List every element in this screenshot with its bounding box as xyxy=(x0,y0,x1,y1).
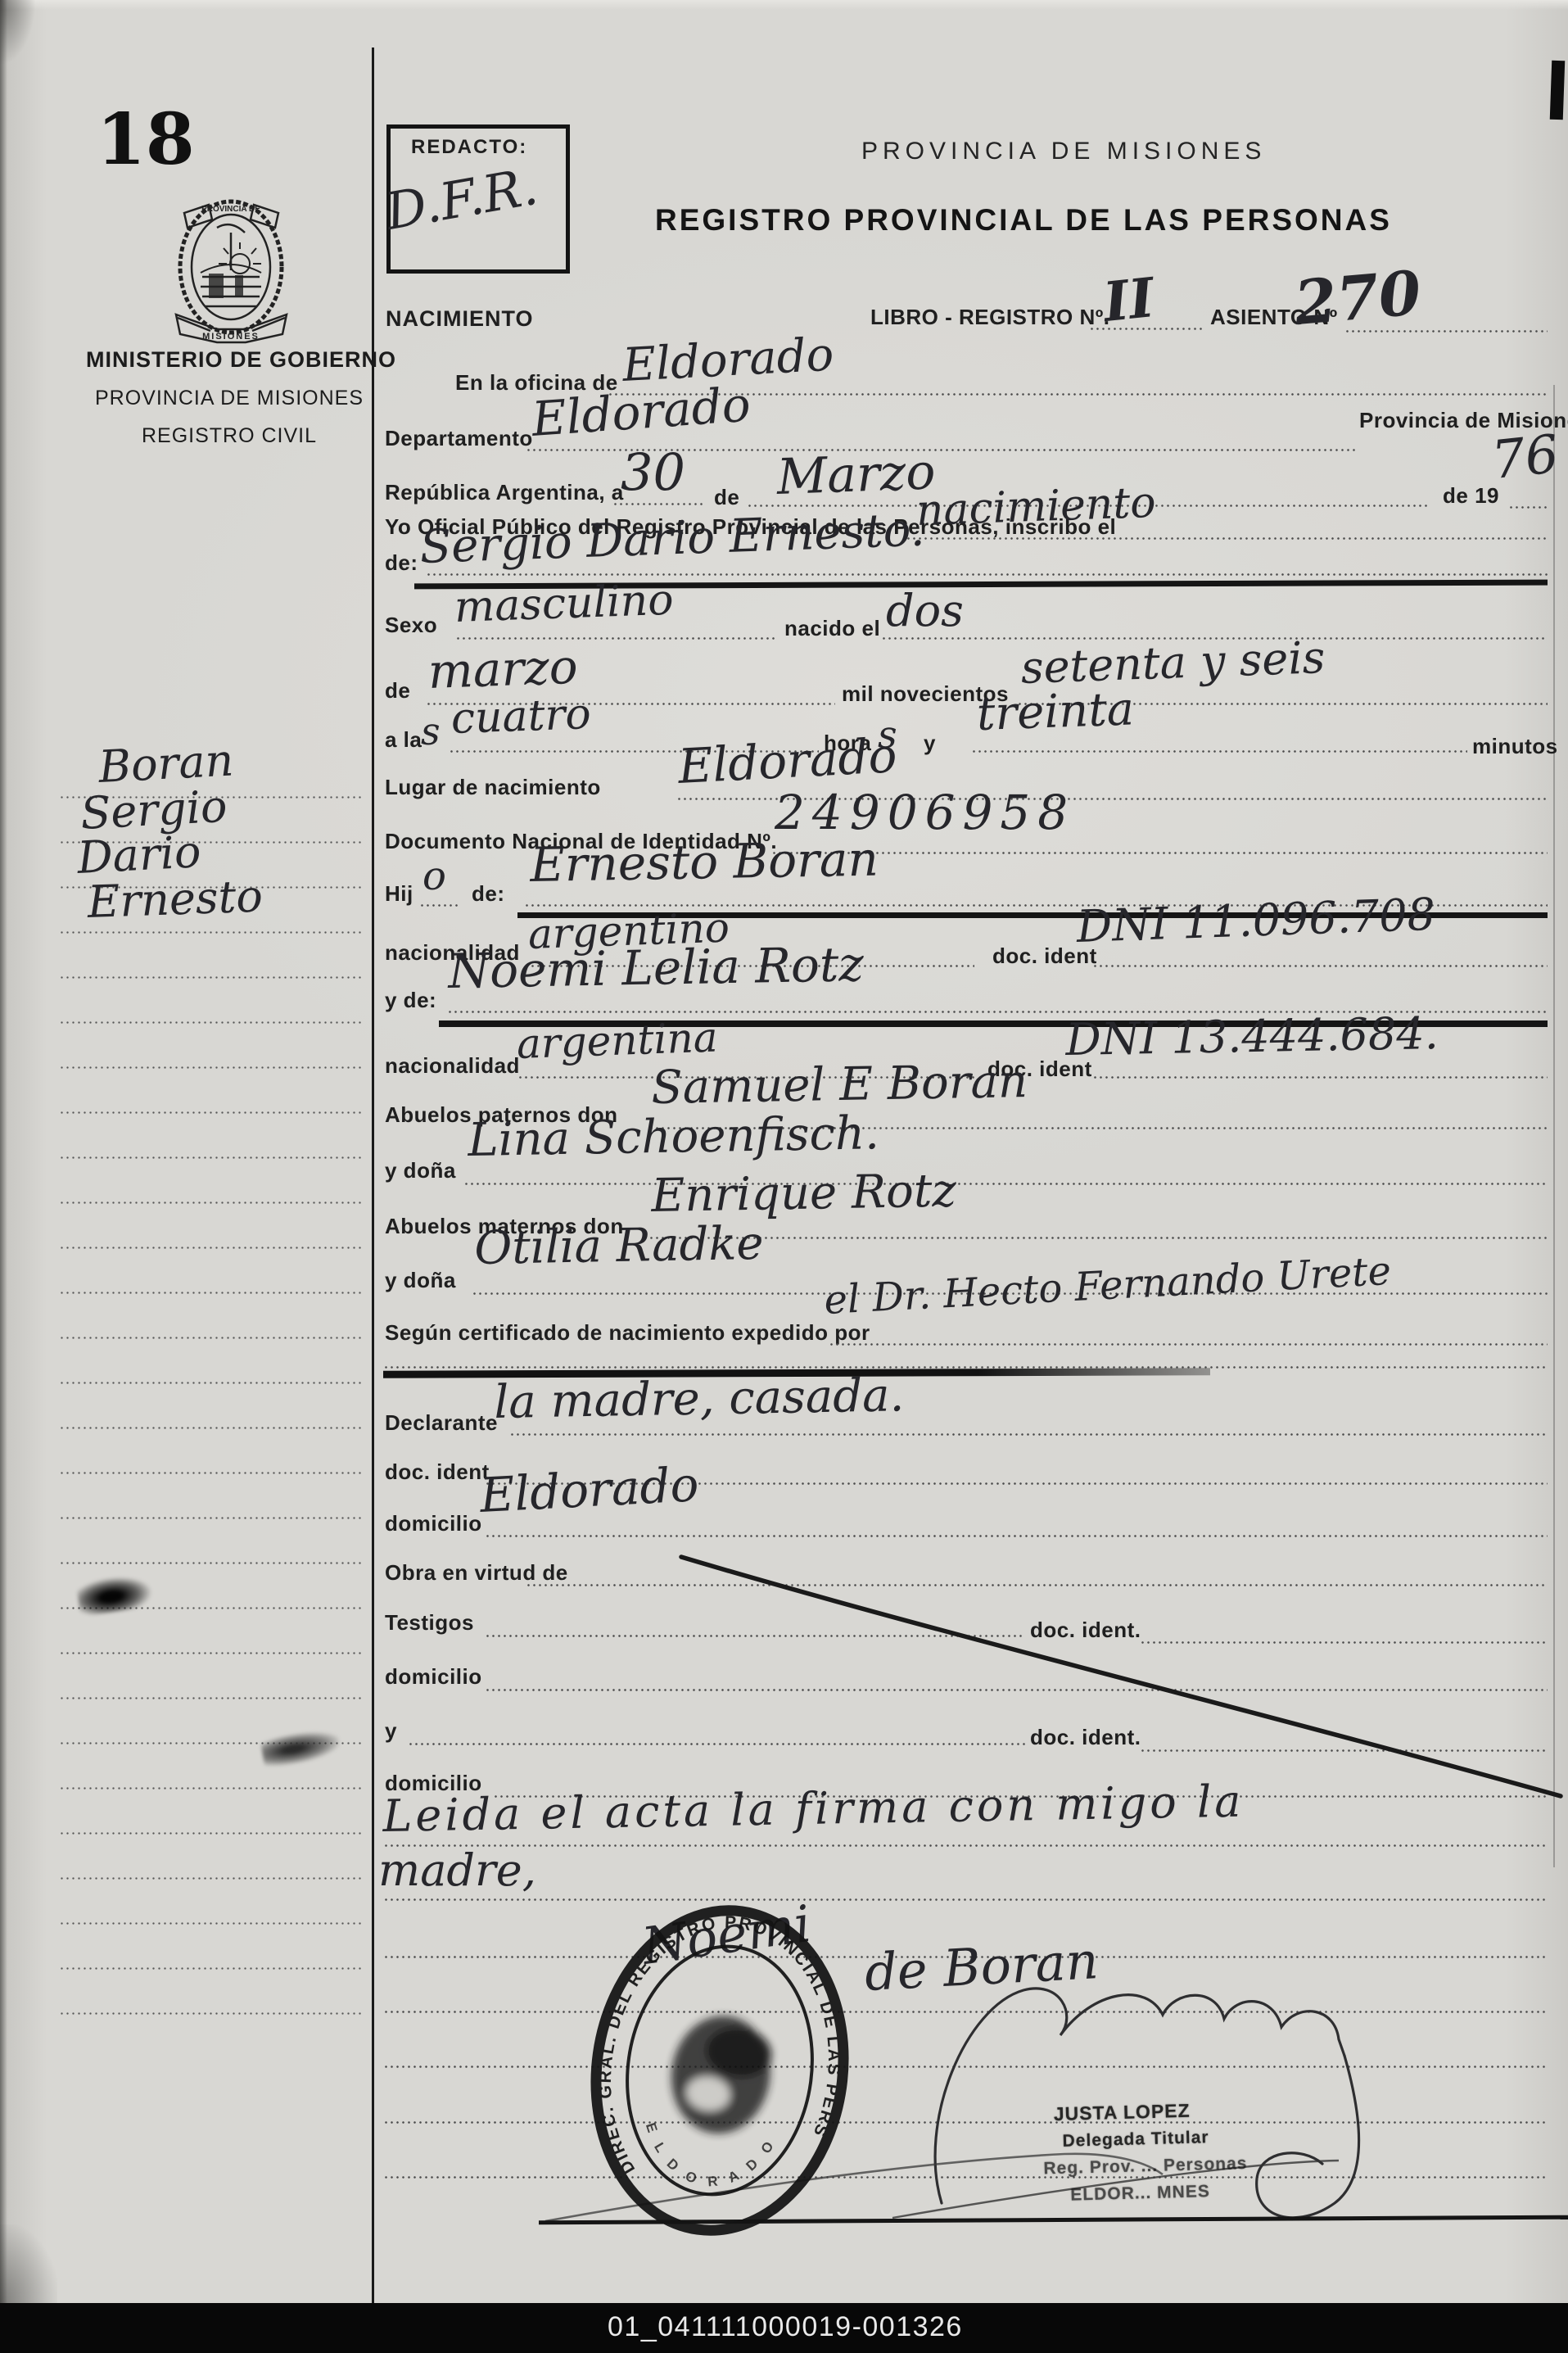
doc2-dotted xyxy=(1092,1076,1548,1079)
closing-line-1: Leida el acta la firma con migo la xyxy=(382,1776,1245,1842)
doc1-value: DNI 11.096.708 xyxy=(1076,889,1436,953)
day-value: 30 xyxy=(621,442,685,502)
seal-bottom-text: MISIONES xyxy=(202,332,260,342)
lugar-label: Lugar de nacimiento xyxy=(385,775,601,800)
sexo-value: masculino xyxy=(454,576,675,632)
name-dotted xyxy=(426,573,1548,576)
asiento-value: 270 xyxy=(1292,258,1424,339)
republica-label: República Argentina, a xyxy=(385,480,624,505)
de19-label: de 19 xyxy=(1443,483,1499,509)
acto-dotted xyxy=(906,537,1548,540)
dom1-label: domicilio xyxy=(385,1511,482,1536)
sexo-label: Sexo xyxy=(385,613,437,638)
dni-dotted xyxy=(771,852,1548,854)
doc2-value: DNI 13.444.684. xyxy=(1065,1007,1439,1066)
obra-label: Obra en virtud de xyxy=(385,1560,568,1586)
day-dotted xyxy=(612,503,703,505)
ministry-line-2: PROVINCIA DE MISIONES xyxy=(86,387,373,410)
year-value: 76 xyxy=(1489,424,1561,491)
page-number: 18 xyxy=(97,98,195,181)
ydona2-label: y doña xyxy=(385,1268,456,1293)
registry-oval-stamp: DIREC. GRAL. DEL REGISTRO PROVINCIAL DE … xyxy=(545,1871,895,2269)
cert-dotted xyxy=(829,1343,1548,1346)
record-type-label: NACIMIENTO xyxy=(386,306,534,332)
y2-label: y xyxy=(385,1718,397,1744)
acto-value: nacimiento xyxy=(915,478,1157,536)
abm-dotted xyxy=(648,1237,1548,1239)
cert-value: el Dr. Hecto Fernando Urete xyxy=(823,1248,1392,1324)
mes-de-label: de xyxy=(385,678,410,704)
hijo-label: Hij xyxy=(385,881,413,907)
ydona1-label: y doña xyxy=(385,1158,456,1183)
redacto-label: REDACTO: xyxy=(411,136,527,159)
scan-corner-bottomleft xyxy=(0,2224,57,2303)
hijo-o-handwritten: o xyxy=(423,853,446,899)
de-name-label: de: xyxy=(385,550,418,576)
header-registry-title: REGISTRO PROVINCIAL DE LAS PERSONAS xyxy=(655,203,1392,238)
nac2-label: nacionalidad xyxy=(385,1053,520,1079)
departamento-label: Departamento xyxy=(385,426,533,451)
decl-dotted xyxy=(509,1433,1548,1436)
ministry-line-3: REGISTRO CIVIL xyxy=(86,424,373,448)
father-value: Ernesto Boran xyxy=(530,831,879,893)
cert-label: Según certificado de nacimiento expedido… xyxy=(385,1320,870,1346)
hijo-o-dotted xyxy=(419,904,459,907)
scan-corner-topleft xyxy=(0,0,36,66)
testigos-label: Testigos xyxy=(385,1610,474,1636)
month-value: Marzo xyxy=(776,443,937,506)
yde-label: y de: xyxy=(385,988,436,1013)
seal-top-text: PROVINCIA DE xyxy=(201,205,260,214)
scan-mark-topright xyxy=(1550,61,1566,120)
mother-value: Noemi Lelia Rotz xyxy=(448,936,865,999)
scanned-birth-certificate: 18 PROVINCIA DE MISIONES MINISTERIO DE G… xyxy=(0,0,1568,2353)
column-divider-rule xyxy=(372,48,374,2303)
abp-value: Samuel E Boran xyxy=(651,1055,1028,1115)
scan-bottom-bar: 01_041111000019-001326 xyxy=(0,2303,1568,2353)
libro-label: LIBRO - REGISTRO Nº. xyxy=(870,305,1110,330)
alas-label: a la xyxy=(385,727,422,753)
nac2-value: argentina xyxy=(516,1013,718,1068)
province-seal: PROVINCIA DE MISIONES xyxy=(160,195,303,346)
official-stamp-place: ELDOR... MNES xyxy=(1070,2177,1249,2209)
doc1-dotted xyxy=(1092,965,1548,967)
margin-dotted-lines xyxy=(59,775,364,2020)
closing-dotted-1 xyxy=(383,1844,1548,1847)
ministry-line-1: MINISTERIO DE GOBIERNO xyxy=(86,347,373,373)
decl-label: Declarante xyxy=(385,1410,498,1436)
minutos-label: minutos xyxy=(1472,734,1558,759)
ydona2-value: Otilia Radke xyxy=(474,1217,764,1275)
official-name-stamp: JUSTA LOPEZ Delegada Titular Reg. Prov. … xyxy=(1053,2096,1248,2209)
closing-line-2: madre, xyxy=(378,1844,536,1896)
de-label: de xyxy=(714,485,739,510)
closing-dotted-2 xyxy=(383,1898,1548,1901)
hours-value: cuatro xyxy=(450,690,592,744)
ydona1-dotted xyxy=(463,1183,1548,1185)
diagonal-strike-line xyxy=(671,1552,1568,1802)
dom2-label: domicilio xyxy=(385,1664,482,1690)
margin-name-third: Ernesto xyxy=(87,871,264,928)
alas-s-handwritten: s xyxy=(421,709,441,753)
ydona1-value: Lina Schoenfisch. xyxy=(468,1106,879,1167)
scan-reference-code: 01_041111000019-001326 xyxy=(608,2311,963,2343)
y-label: y xyxy=(924,731,936,756)
separator-dotted xyxy=(383,1366,1546,1369)
decl-value: la madre, casada. xyxy=(494,1369,905,1429)
scan-top-edge xyxy=(0,0,1568,10)
year-dotted xyxy=(1508,506,1549,509)
minutes-value: treinta xyxy=(976,682,1135,741)
libro-value: II xyxy=(1100,265,1158,334)
scan-left-edge xyxy=(0,0,7,2353)
nacido-value: dos xyxy=(886,585,964,636)
dom1-value: Eldorado xyxy=(478,1456,699,1523)
abm-value: Enrique Rotz xyxy=(651,1165,956,1223)
nacido-label: nacido el xyxy=(784,616,880,641)
header-province: PROVINCIA DE MISIONES xyxy=(861,138,1266,165)
docident-label: doc. ident xyxy=(385,1459,490,1485)
hijo-de-label: de: xyxy=(472,881,505,907)
dom1-dotted xyxy=(485,1535,1548,1537)
sexo-dotted xyxy=(455,637,775,640)
minutes-dotted xyxy=(971,750,1467,753)
